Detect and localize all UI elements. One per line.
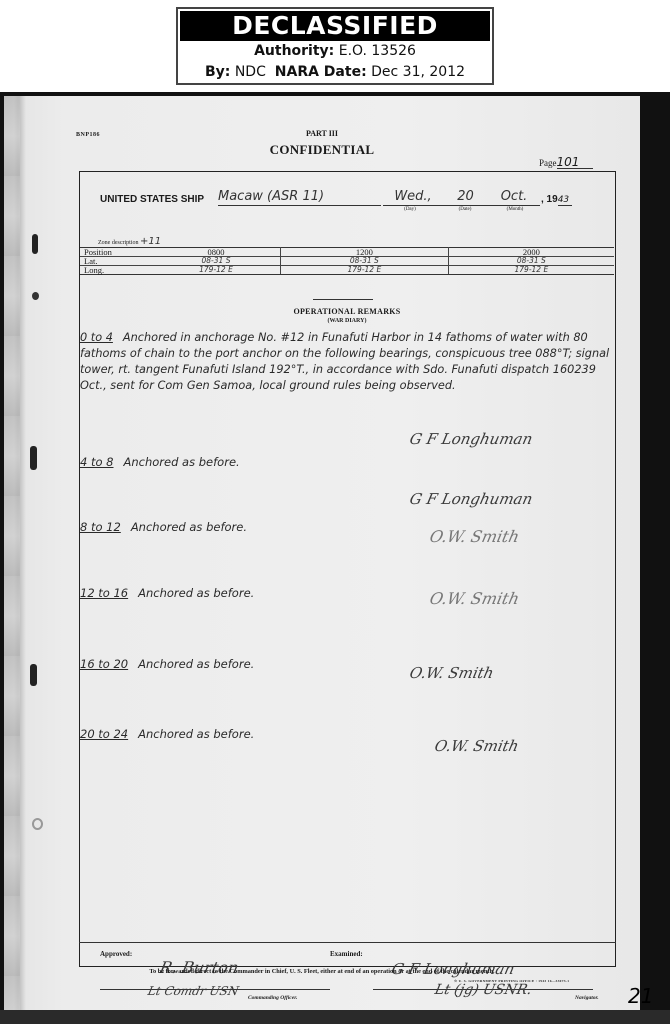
log-entry: 8 to 12Anchored as before.: [80, 520, 247, 534]
approved-rank: Lt Comdr USN: [147, 984, 240, 998]
forwarding-instruction: To be forwarded direct to the Commander …: [4, 968, 640, 975]
entry-text: Anchored as before.: [131, 520, 247, 534]
log-entry: 4 to 8Anchored as before.: [80, 455, 240, 469]
ship-row: UNITED STATES SHIP Macaw (ASR 11): [100, 194, 204, 205]
gpo-imprint: ☆ U. S. GOVERNMENT PRINTING OFFICE : 194…: [454, 979, 569, 983]
approved-label: Approved:: [100, 950, 132, 958]
war-diary-sheet: BNP186 PART III CONFIDENTIAL Page101 UNI…: [4, 96, 640, 1010]
year-field: , 1943: [541, 194, 572, 206]
declassified-stamp: DECLASSIFIED Authority: E.O. 13526 By: N…: [176, 7, 494, 85]
log-entry: 16 to 20Anchored as before.: [80, 657, 254, 671]
watch-period: 0 to 4: [80, 331, 113, 344]
entry-text: Anchored in anchorage No. #12 in Funafut…: [80, 331, 609, 392]
signature: G F Longhuman: [408, 490, 534, 508]
section-divider: [313, 299, 373, 300]
watch-period: 4 to 8: [80, 455, 114, 469]
log-entry: 20 to 24Anchored as before.: [80, 727, 254, 741]
part-heading: PART III: [4, 129, 640, 138]
approval-divider: [79, 942, 616, 943]
entry-text: Anchored as before.: [138, 657, 254, 671]
page-number-value: 101: [557, 156, 593, 169]
watch-period: 20 to 24: [80, 727, 128, 741]
remarks-title: OPERATIONAL REMARKS: [80, 307, 614, 316]
war-diary-form: UNITED STATES SHIP Macaw (ASR 11) Wed., …: [79, 171, 616, 967]
remarks-subtitle: (WAR DIARY): [80, 318, 614, 324]
entry-text: Anchored as before.: [124, 455, 240, 469]
binder-hole-icon: [32, 292, 39, 300]
co-title: Commanding Officer.: [248, 995, 297, 1001]
navigator-title: Navigator.: [575, 995, 599, 1001]
signature: O.W. Smith: [408, 664, 495, 682]
binding-edge: [4, 96, 20, 1010]
log-entry: 0 to 4Anchored in anchorage No. #12 in F…: [80, 330, 612, 394]
month-label: (Month): [498, 207, 532, 212]
signature: O.W. Smith: [433, 737, 520, 755]
binder-hole-icon: [32, 234, 38, 254]
month-field: Oct.: [488, 189, 540, 206]
watch-period: 16 to 20: [80, 657, 128, 671]
page-number: Page101: [539, 156, 593, 169]
binder-hole-icon: [30, 446, 37, 470]
longitude-row: Long. 179-12 E 179-12 E 179-12 E: [80, 266, 614, 275]
binder-hole-icon: [32, 818, 43, 830]
examined-rank: Lt (jg) USNR.: [433, 982, 533, 998]
watch-period: 12 to 16: [80, 586, 128, 600]
date-label: (Date): [450, 207, 480, 212]
position-table: Position 0800 1200 2000 Lat. 08-31 S 08-…: [80, 247, 614, 275]
ship-label: UNITED STATES SHIP: [100, 194, 204, 205]
entry-text: Anchored as before.: [138, 586, 254, 600]
stamp-by-line: By: NDC NARA Date: Dec 31, 2012: [178, 62, 492, 83]
day-field: Wed.,: [383, 189, 443, 206]
date-field: 20: [443, 189, 488, 206]
log-entry: 12 to 16Anchored as before.: [80, 586, 254, 600]
binder-hole-icon: [30, 664, 37, 686]
signature: O.W. Smith: [428, 527, 521, 546]
watch-period: 8 to 12: [80, 520, 121, 534]
signature: G F Longhuman: [408, 430, 534, 448]
signature: O.W. Smith: [428, 589, 521, 608]
stamp-title: DECLASSIFIED: [180, 11, 490, 41]
scanned-page: BNP186 PART III CONFIDENTIAL Page101 UNI…: [0, 92, 670, 1024]
day-label: (Day): [395, 207, 425, 212]
examined-label: Examined:: [330, 950, 363, 958]
entry-text: Anchored as before.: [138, 727, 254, 741]
ship-name: Macaw (ASR 11): [218, 189, 381, 206]
frame-number: 21: [628, 984, 653, 1008]
stamp-authority: Authority: E.O. 13526: [178, 41, 492, 62]
scan-bottom-edge: [0, 1010, 670, 1024]
